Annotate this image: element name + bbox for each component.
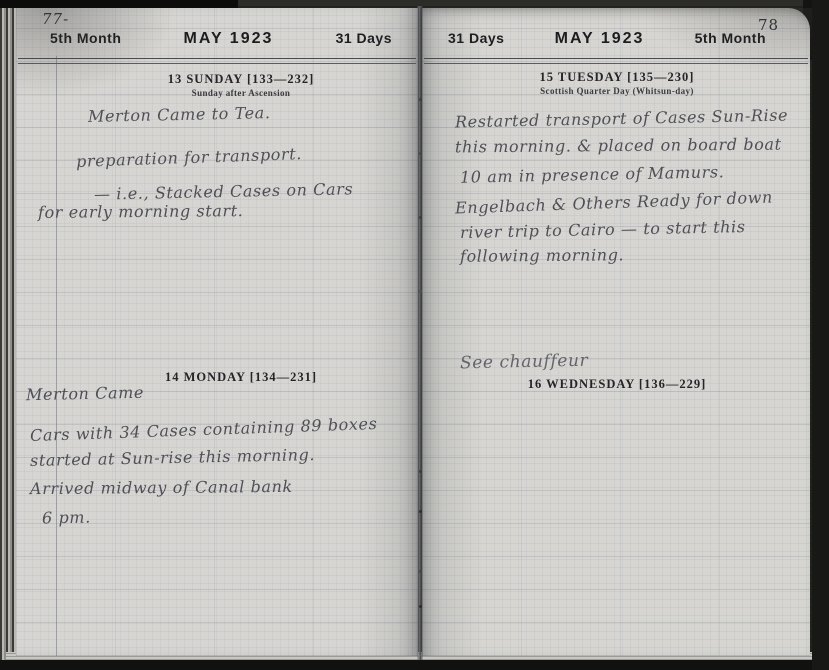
- handwriting-line: river trip to Cairo — to start this: [460, 217, 746, 242]
- handwriting-line: 6 pm.: [42, 507, 91, 527]
- day-title: 16 WEDNESDAY [136—229]: [442, 377, 792, 392]
- month-header: 5th Month MAY 1923 31 Days: [16, 30, 418, 48]
- handwriting-line: Cars with 34 Cases containing 89 boxes: [30, 414, 378, 445]
- month-header-title: MAY 1923: [121, 30, 335, 48]
- handwriting-line: preparation for transport.: [76, 144, 302, 171]
- month-header-left: 5th Month: [50, 30, 121, 46]
- handwriting-line: Restarted transport of Cases Sun-Rise: [455, 106, 788, 132]
- day-title: 13 SUNDAY [133—232]: [76, 72, 406, 87]
- handwriting-line: 10 am in presence of Mamurs.: [460, 162, 725, 187]
- handwriting-line: Merton Came: [26, 383, 144, 404]
- handwriting-note: See chauffeur: [460, 351, 589, 374]
- month-header-right: 5th Month: [695, 30, 766, 46]
- month-header: 31 Days MAY 1923 5th Month: [422, 30, 810, 48]
- handwriting-line: for early morning start.: [38, 201, 244, 222]
- scan-edge-top-right: [238, 0, 829, 6]
- day-subtitle: Scottish Quarter Day (Whitsun-day): [532, 86, 702, 96]
- right-page: 78 31 Days MAY 1923 5th Month 15 TUESDAY…: [422, 8, 810, 656]
- month-header-right: 31 Days: [336, 30, 392, 46]
- handwriting-line: started at Sun-rise this morning.: [30, 445, 315, 470]
- margin-rule: [56, 56, 57, 656]
- month-header-title: MAY 1923: [504, 30, 694, 48]
- binding-stitches: [419, 98, 422, 101]
- header-rule: [18, 58, 416, 64]
- day-subtitle: Sunday after Ascension: [151, 88, 331, 98]
- scan-edge-right: [812, 0, 829, 670]
- handwriting-line: this morning. & placed on board boat: [455, 135, 782, 157]
- handwriting-line: Merton Came to Tea.: [88, 103, 271, 126]
- page-number: 77-: [42, 10, 69, 28]
- binding-gutter: [417, 6, 423, 662]
- day-entry-15-tuesday: 15 TUESDAY [135—230] Scottish Quarter Da…: [442, 70, 792, 96]
- left-page: 77- 5th Month MAY 1923 31 Days 13 SUNDAY…: [16, 8, 418, 656]
- scan-edge-bottom: [0, 660, 829, 670]
- handwriting-line: Arrived midway of Canal bank: [30, 477, 293, 498]
- handwriting-line: Engelbach & Others Ready for down: [455, 187, 773, 217]
- handwriting-line: following morning.: [460, 245, 624, 265]
- diary-scan: 77- 5th Month MAY 1923 31 Days 13 SUNDAY…: [0, 0, 829, 670]
- header-rule: [424, 58, 808, 64]
- month-header-left: 31 Days: [448, 30, 504, 46]
- day-entry-16-wednesday: 16 WEDNESDAY [136—229]: [442, 377, 792, 392]
- day-title: 15 TUESDAY [135—230]: [442, 70, 792, 85]
- handwriting-line: — i.e., Stacked Cases on Cars: [94, 179, 354, 203]
- day-entry-13-sunday: 13 SUNDAY [133—232] Sunday after Ascensi…: [76, 72, 406, 98]
